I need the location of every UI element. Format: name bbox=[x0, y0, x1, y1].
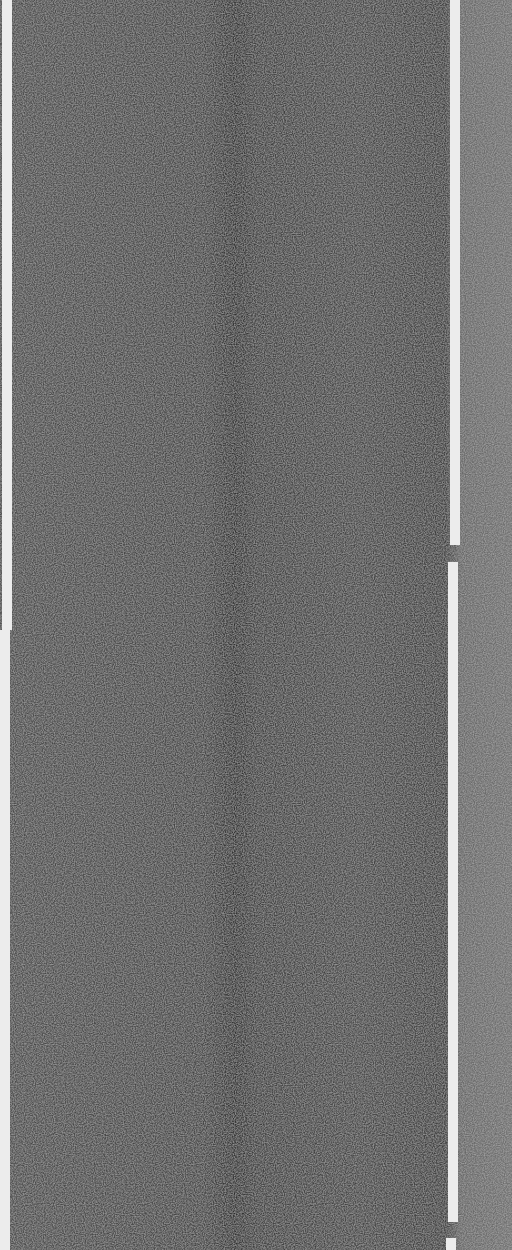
left-edge-line bbox=[2, 0, 12, 630]
left-edge-line-lower bbox=[0, 630, 10, 1250]
right-dashed-line-segment-1 bbox=[450, 0, 460, 545]
right-dashed-line-segment-2 bbox=[448, 562, 458, 1222]
right-dashed-line-segment-3 bbox=[446, 1238, 456, 1250]
asphalt-texture bbox=[0, 0, 512, 1250]
road-surface-photo bbox=[0, 0, 512, 1250]
